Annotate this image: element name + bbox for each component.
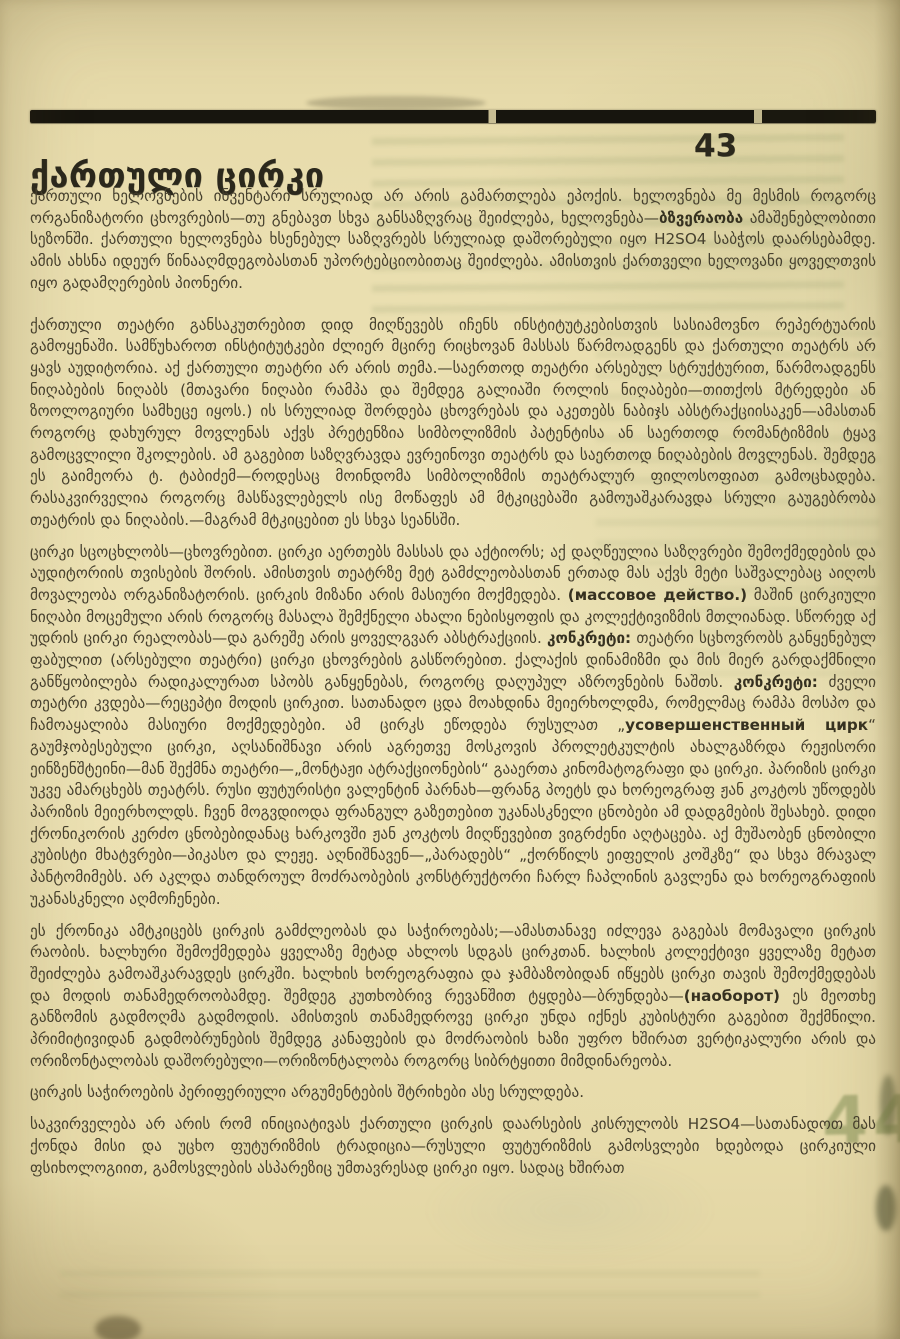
paragraph: ქართული თეატრი განსაკუთრებით დიდ მიღწევე… xyxy=(30,315,876,532)
bold-term: ბზვერაობა xyxy=(659,209,743,227)
scanned-journal-page: 44 ქართული ცირკი 43 ქართული ხელოვნების ი… xyxy=(0,0,900,1339)
bold-term: კონკრეტი: xyxy=(547,629,631,647)
text-run: “ გაუმჯობესებული ცირკი, აღსანიშნავი არის… xyxy=(30,716,876,908)
paragraph: ცირკის საჭიროების პერიფერიული არგუმენტებ… xyxy=(30,1082,876,1104)
bold-term: (массовое действо.) xyxy=(568,586,747,604)
bold-term: (наоборот) xyxy=(684,987,780,1005)
page-number: 43 xyxy=(694,128,737,164)
header-rule xyxy=(30,110,876,123)
edge-smudge xyxy=(880,1075,896,1135)
paragraph: ქართული ხელოვნების ინვენტარი სრულიად არ … xyxy=(30,186,876,295)
edge-smudge xyxy=(306,96,486,110)
text-run: ცირკის საჭიროების პერიფერიული არგუმენტებ… xyxy=(30,1083,584,1101)
text-run: საკვირველება არ არის რომ ინიციატივას ქარ… xyxy=(30,1115,876,1176)
text-run: ქართული თეატრი განსაკუთრებით დიდ მიღწევე… xyxy=(30,316,876,529)
paragraph: საკვირველება არ არის რომ ინიციატივას ქარ… xyxy=(30,1114,876,1179)
bold-term: усовершенственный цирк xyxy=(625,716,868,734)
edge-smudge xyxy=(876,1185,896,1231)
bold-term: კონკრეტი: xyxy=(734,673,818,691)
bleedthrough-text-block xyxy=(60,1270,760,1310)
paragraph: ცირკი სცოცხლობს—ცხოვრებით. ცირკი აერთებს… xyxy=(30,542,876,911)
article-body: ქართული ხელოვნების ინვენტარი სრულიად არ … xyxy=(30,186,876,1189)
scan-edge-shadow xyxy=(874,0,900,1339)
edge-smudge xyxy=(95,1316,141,1339)
paragraph: ეს ქრონიკა ამტკიცებს ცირკის გამძლეობას დ… xyxy=(30,921,876,1073)
